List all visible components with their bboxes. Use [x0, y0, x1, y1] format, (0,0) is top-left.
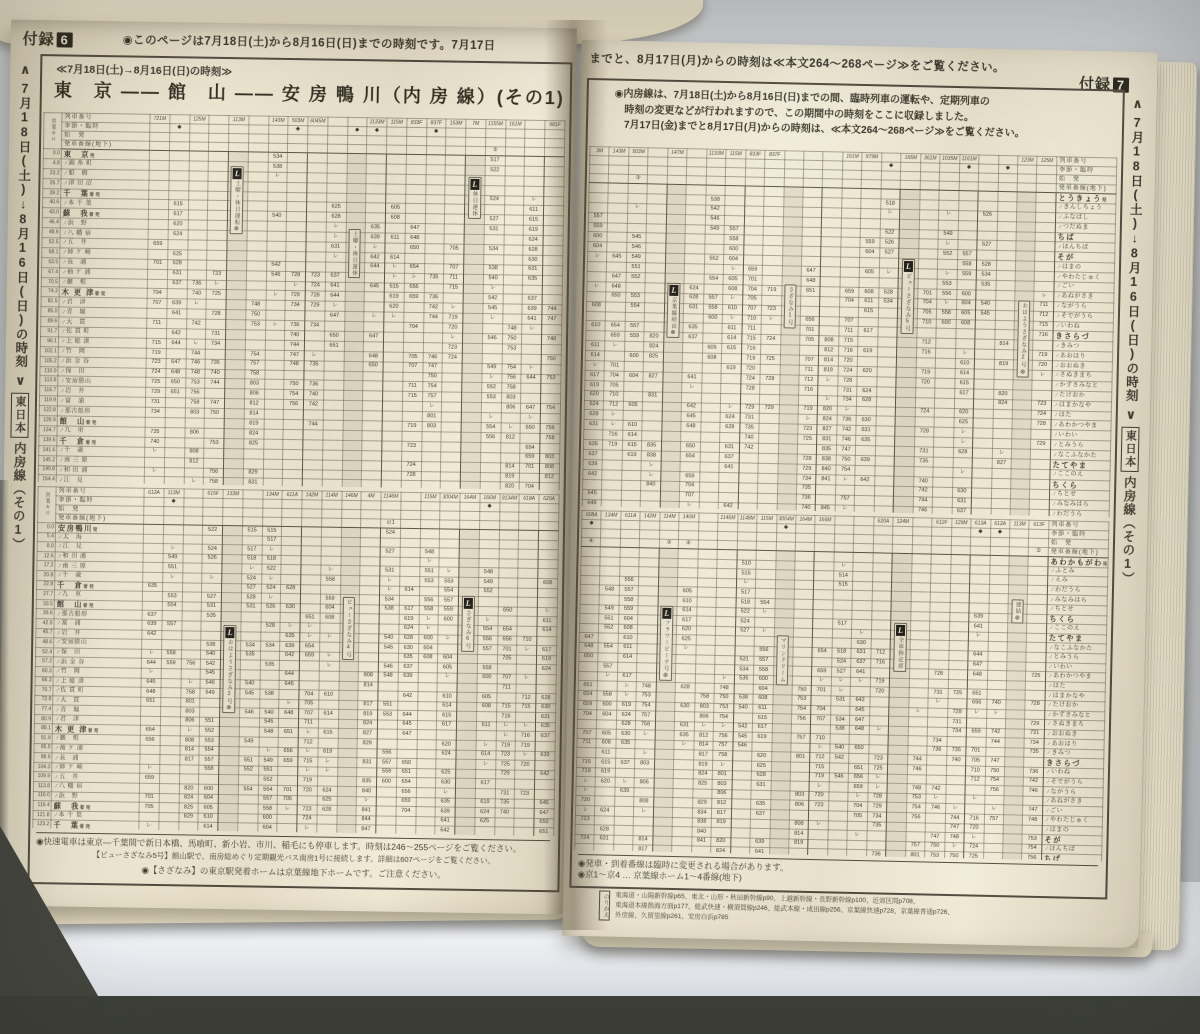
- km-cell: 96.1: [40, 337, 58, 347]
- time-cell: [666, 244, 686, 254]
- time-cell: 735: [867, 821, 887, 831]
- time-cell: [782, 236, 802, 246]
- header-cell: [842, 179, 862, 188]
- time-cell: [346, 213, 366, 223]
- time-cell: [1005, 719, 1025, 729]
- time-cell: [877, 377, 897, 387]
- time-cell: 630: [436, 778, 456, 788]
- header-cell: [460, 511, 480, 520]
- time-cell: [855, 465, 875, 475]
- time-cell: [424, 283, 444, 293]
- time-cell: 630: [536, 703, 556, 713]
- time-cell: 642: [435, 826, 455, 836]
- time-cell: [395, 826, 415, 836]
- time-cell: [318, 738, 338, 748]
- time-cell: [697, 578, 717, 588]
- annotation-text: フラワービーチ号: [662, 620, 671, 672]
- time-cell: [1012, 419, 1032, 429]
- time-cell: 704: [578, 709, 598, 719]
- time-cell: [222, 525, 242, 535]
- time-cell: [264, 419, 284, 429]
- time-cell: [223, 478, 243, 488]
- time-cell: 806: [634, 778, 654, 788]
- time-cell: 747: [985, 757, 1005, 767]
- time-cell: 628: [523, 245, 543, 255]
- time-cell: [808, 839, 828, 849]
- time-cell: 538: [379, 605, 399, 615]
- time-cell: [366, 164, 386, 174]
- km-cell: 91.9: [34, 734, 52, 744]
- time-cell: 617: [677, 616, 697, 626]
- time-cell: [681, 432, 701, 442]
- time-cell: [894, 466, 914, 476]
- time-cell: レ: [682, 382, 702, 392]
- time-cell: レ: [694, 722, 714, 732]
- time-cell: [445, 185, 465, 195]
- time-cell: 641: [522, 314, 542, 324]
- time-cell: 734: [145, 407, 165, 417]
- time-cell: [622, 470, 642, 480]
- time-cell: 604: [588, 242, 608, 252]
- time-cell: [1035, 242, 1055, 252]
- time-cell: [169, 151, 189, 161]
- time-cell: レ: [298, 747, 318, 757]
- time-cell: [949, 631, 969, 641]
- time-cell: [465, 165, 485, 175]
- time-cell: [324, 371, 344, 381]
- time-cell: [423, 333, 443, 343]
- time-cell: [478, 597, 498, 607]
- time-cell: [1005, 748, 1025, 758]
- time-cell: [821, 267, 841, 277]
- km-cell: 12.6: [37, 551, 55, 561]
- time-cell: 538: [201, 640, 221, 650]
- time-cell: [187, 270, 207, 280]
- time-cell: [149, 190, 169, 200]
- time-cell: [745, 186, 765, 196]
- arrive-depart-suffix: 発: [1103, 561, 1109, 566]
- time-cell: [263, 479, 283, 489]
- time-cell: [188, 210, 208, 220]
- time-cell: 723: [443, 343, 463, 353]
- time-cell: [876, 397, 896, 407]
- time-cell: [363, 401, 383, 411]
- header-cell: [757, 532, 777, 541]
- time-cell: [895, 417, 915, 427]
- time-cell: [463, 313, 483, 323]
- time-cell: [608, 183, 628, 193]
- time-cell: [538, 559, 558, 569]
- time-cell: [621, 490, 641, 500]
- km-cell: 22.8: [37, 580, 55, 590]
- time-cell: [245, 330, 265, 340]
- time-cell: [975, 339, 995, 349]
- time-cell: [732, 761, 752, 771]
- time-cell: 639: [435, 807, 455, 817]
- time-cell: [186, 329, 206, 339]
- time-cell: 729: [740, 403, 760, 413]
- time-cell: レ: [265, 320, 285, 330]
- header-cell: [931, 545, 951, 554]
- time-cell: 600: [724, 245, 744, 255]
- time-cell: [225, 330, 245, 340]
- time-cell: [337, 786, 357, 796]
- time-cell: [623, 411, 643, 421]
- time-cell: [595, 815, 615, 825]
- time-cell: 615: [954, 378, 974, 388]
- annotation-text: 京葉線経由: [669, 297, 678, 330]
- time-cell: [912, 554, 932, 564]
- time-cell: [361, 537, 381, 547]
- time-cell: [715, 636, 735, 646]
- header-cell: [268, 143, 288, 152]
- train-number-cell: 1035M: [940, 154, 960, 163]
- time-cell: [535, 761, 555, 771]
- row-prefix: ノ: [62, 279, 67, 284]
- km-cell: 113.8: [40, 376, 58, 386]
- time-cell: レ: [517, 645, 537, 655]
- time-cell: 841: [816, 474, 836, 484]
- time-cell: 605: [956, 309, 976, 319]
- time-cell: [771, 743, 791, 753]
- time-cell: 559: [588, 222, 608, 232]
- time-cell: [580, 585, 600, 595]
- row-prefix: ノ: [56, 678, 61, 683]
- time-cell: 553: [439, 577, 459, 587]
- time-cell: 635: [523, 275, 543, 285]
- time-cell: [404, 303, 424, 313]
- time-cell: 615: [437, 711, 457, 721]
- header-cell: ◆: [959, 164, 979, 173]
- train-number-cell: [913, 518, 933, 527]
- time-cell: [598, 652, 618, 662]
- time-cell: [897, 348, 917, 358]
- time-cell: [224, 409, 244, 419]
- time-cell: 742: [739, 443, 759, 453]
- time-cell: [816, 484, 836, 494]
- time-cell: 654: [396, 778, 416, 788]
- time-cell: [323, 410, 343, 420]
- time-cell: [930, 592, 950, 602]
- time-cell: レ: [937, 269, 957, 279]
- train-number-cell: 113M: [1010, 520, 1030, 529]
- time-cell: [149, 180, 169, 190]
- header-cell: [466, 137, 486, 146]
- time-cell: [323, 440, 343, 450]
- time-cell: [341, 527, 361, 537]
- time-cell: [926, 775, 946, 785]
- time-cell: [282, 526, 302, 536]
- time-cell: [873, 562, 893, 572]
- time-cell: [828, 830, 848, 840]
- time-cell: 557: [724, 225, 744, 235]
- time-cell: [704, 264, 724, 274]
- time-cell: [783, 197, 803, 207]
- time-cell: [700, 452, 720, 462]
- header-cell: [163, 516, 183, 525]
- time-cell: [637, 653, 657, 663]
- time-cell: [160, 726, 180, 736]
- time-cell: [306, 212, 326, 222]
- time-cell: 757: [636, 711, 656, 721]
- time-cell: [542, 325, 562, 335]
- time-cell: 628: [684, 293, 704, 303]
- time-cell: 704: [680, 481, 700, 491]
- time-cell: 635: [583, 440, 603, 450]
- margin-region-box: 東日本: [1121, 426, 1140, 471]
- time-cell: [461, 422, 481, 432]
- time-cell: レ: [634, 807, 654, 817]
- time-cell: [798, 395, 818, 405]
- time-cell: 750: [284, 380, 304, 390]
- time-cell: [139, 783, 159, 793]
- time-cell: レ: [318, 757, 338, 767]
- time-cell: [1013, 380, 1033, 390]
- header-cell: [959, 173, 979, 182]
- time-cell: [286, 222, 306, 232]
- arrive-depart-suffix: 着発: [80, 805, 92, 810]
- time-cell: 610: [319, 690, 339, 700]
- time-cell: 642: [850, 696, 870, 706]
- time-cell: [498, 578, 518, 588]
- time-cell: 615: [753, 713, 773, 723]
- time-cell: [801, 296, 821, 306]
- time-cell: [503, 275, 523, 285]
- time-cell: [929, 650, 949, 660]
- time-cell: [663, 362, 683, 372]
- time-cell: [182, 582, 202, 592]
- time-cell: 735: [796, 484, 816, 494]
- time-cell: [861, 218, 881, 228]
- time-cell: 608: [753, 694, 773, 704]
- time-cell: [662, 402, 682, 412]
- time-cell: [858, 357, 878, 367]
- time-cell: [928, 679, 948, 689]
- header-cell: [990, 537, 1010, 546]
- time-cell: 728: [1025, 700, 1045, 710]
- header-cell: ③: [628, 174, 648, 183]
- time-cell: 642: [583, 469, 603, 479]
- time-cell: [500, 453, 520, 463]
- time-cell: 715: [496, 703, 516, 713]
- train-number-cell: 620A: [539, 494, 559, 503]
- time-cell: 637: [750, 809, 770, 819]
- time-cell: [442, 363, 462, 373]
- time-cell: レ: [422, 402, 442, 412]
- header-cell: [912, 536, 932, 545]
- header-cell: [539, 503, 559, 512]
- time-cell: 748: [907, 784, 927, 794]
- header-cell: [203, 516, 223, 525]
- time-cell: [1026, 652, 1046, 662]
- row-prefix: ノ: [1047, 741, 1052, 746]
- time-cell: レ: [385, 263, 405, 273]
- header-cell: [706, 158, 726, 167]
- train-number-cell: 611A: [282, 490, 302, 499]
- time-cell: [917, 328, 937, 338]
- time-cell: 558: [320, 575, 340, 585]
- header-cell: [150, 132, 170, 141]
- time-cell: [653, 807, 673, 817]
- time-cell: [699, 501, 719, 511]
- header-cell: [932, 527, 952, 536]
- time-cell: [443, 293, 463, 303]
- station-cell: ノわだうら: [1049, 509, 1109, 517]
- time-cell: [164, 477, 184, 487]
- time-cell: 705: [277, 795, 297, 805]
- header-cell: [367, 136, 387, 145]
- time-cell: 705: [299, 699, 319, 709]
- row-prefix: ノ: [62, 260, 67, 265]
- time-cell: [240, 670, 260, 680]
- time-cell: 527: [202, 592, 222, 602]
- time-cell: 701: [812, 686, 832, 696]
- time-cell: 707: [839, 317, 859, 327]
- time-cell: レ: [676, 644, 696, 654]
- train-number-cell: 837F: [765, 150, 785, 159]
- time-cell: [860, 228, 880, 238]
- time-cell: [974, 389, 994, 399]
- time-cell: 610: [623, 421, 643, 431]
- time-cell: [755, 589, 775, 599]
- time-cell: [502, 314, 522, 324]
- time-cell: 725: [146, 378, 166, 388]
- time-cell: [790, 772, 810, 782]
- header-cell: [881, 171, 901, 180]
- header-cell: [144, 506, 164, 515]
- time-cell: レ: [938, 240, 958, 250]
- annotation-text: 連結: [1013, 602, 1021, 615]
- time-cell: [676, 664, 696, 674]
- time-cell: 605: [677, 587, 697, 597]
- time-cell: [734, 684, 754, 694]
- time-cell: [840, 277, 860, 287]
- header-cell: [499, 512, 519, 521]
- time-cell: [204, 418, 224, 428]
- time-cell: [955, 339, 975, 349]
- time-cell: [302, 459, 322, 469]
- time-cell: 735: [739, 423, 759, 433]
- time-cell: [703, 324, 723, 334]
- time-cell: 716: [1033, 331, 1053, 341]
- time-cell: [455, 779, 475, 789]
- arrive-depart-suffix: 着発: [83, 584, 95, 589]
- time-cell: [617, 662, 637, 672]
- time-cell: 723: [1032, 400, 1052, 410]
- appendix-word: 付録: [23, 31, 55, 49]
- time-cell: [444, 234, 464, 244]
- time-cell: 620: [752, 752, 772, 762]
- time-cell: [638, 605, 658, 615]
- time-cell: [793, 647, 813, 657]
- time-cell: 757: [245, 360, 265, 370]
- time-cell: 825: [179, 803, 199, 813]
- time-cell: [613, 845, 633, 855]
- time-cell: レ: [723, 294, 743, 304]
- time-cell: [321, 546, 341, 556]
- time-cell: [1017, 192, 1037, 202]
- header-cell: [823, 179, 843, 188]
- time-cell: [978, 191, 998, 201]
- time-cell: [188, 181, 208, 191]
- time-cell: [915, 387, 935, 397]
- time-cell: 556: [377, 749, 397, 759]
- time-cell: 731: [740, 413, 760, 423]
- time-cell: [598, 681, 618, 691]
- time-cell: [874, 495, 894, 505]
- header-cell: ③: [659, 539, 679, 548]
- time-cell: 647: [397, 730, 417, 740]
- header-cell: [737, 523, 757, 532]
- row-prefix: ノ: [1048, 683, 1053, 688]
- time-cell: 527: [831, 667, 851, 677]
- time-cell: 542: [483, 294, 503, 304]
- time-cell: [892, 553, 912, 563]
- time-cell: [822, 197, 842, 207]
- time-cell: [763, 256, 783, 266]
- time-cell: [164, 467, 184, 477]
- time-cell: 552: [599, 624, 619, 634]
- time-cell: [665, 253, 685, 263]
- time-cell: レ: [984, 805, 1004, 815]
- row-prefix: ノ: [61, 349, 66, 354]
- time-cell: 518: [736, 598, 756, 608]
- time-cell: 515: [262, 526, 282, 536]
- header-cell: [776, 542, 796, 551]
- time-cell: [911, 573, 931, 583]
- time-cell: 736: [187, 279, 207, 289]
- time-cell: 651: [534, 828, 554, 836]
- time-cell: 549: [482, 363, 502, 373]
- time-cell: [463, 274, 483, 284]
- time-cell: [222, 554, 242, 564]
- header-cell: [519, 503, 539, 512]
- time-cell: [264, 399, 284, 409]
- row-prefix: ノ: [1052, 472, 1057, 477]
- time-cell: [481, 442, 501, 452]
- time-cell: [401, 451, 421, 461]
- time-cell: [895, 407, 915, 417]
- header-cell: [815, 534, 835, 543]
- time-cell: [225, 359, 245, 369]
- km-cell: 46.4: [42, 218, 60, 228]
- time-cell: [323, 390, 343, 400]
- time-cell: [415, 816, 435, 826]
- train-number-cell: 129M: [951, 519, 971, 528]
- time-cell: [343, 381, 363, 391]
- time-cell: [318, 719, 338, 729]
- time-cell: [307, 192, 327, 202]
- time-cell: [819, 326, 839, 336]
- time-cell: 747: [925, 832, 945, 842]
- time-cell: レ: [880, 209, 900, 219]
- time-cell: 534: [240, 641, 260, 651]
- time-cell: [544, 186, 564, 196]
- time-cell: 625: [326, 203, 346, 213]
- time-cell: 615: [622, 440, 642, 450]
- time-cell: 648: [166, 368, 186, 378]
- time-cell: 600: [597, 700, 617, 710]
- time-cell: 617: [537, 646, 557, 656]
- time-cell: 648: [363, 352, 383, 362]
- time-cell: [900, 209, 920, 219]
- header-cell: [745, 159, 765, 168]
- time-cell: [853, 572, 873, 582]
- time-cell: 647: [607, 272, 627, 282]
- time-cell: [436, 730, 456, 740]
- time-cell: [441, 442, 461, 452]
- time-cell: [226, 290, 246, 300]
